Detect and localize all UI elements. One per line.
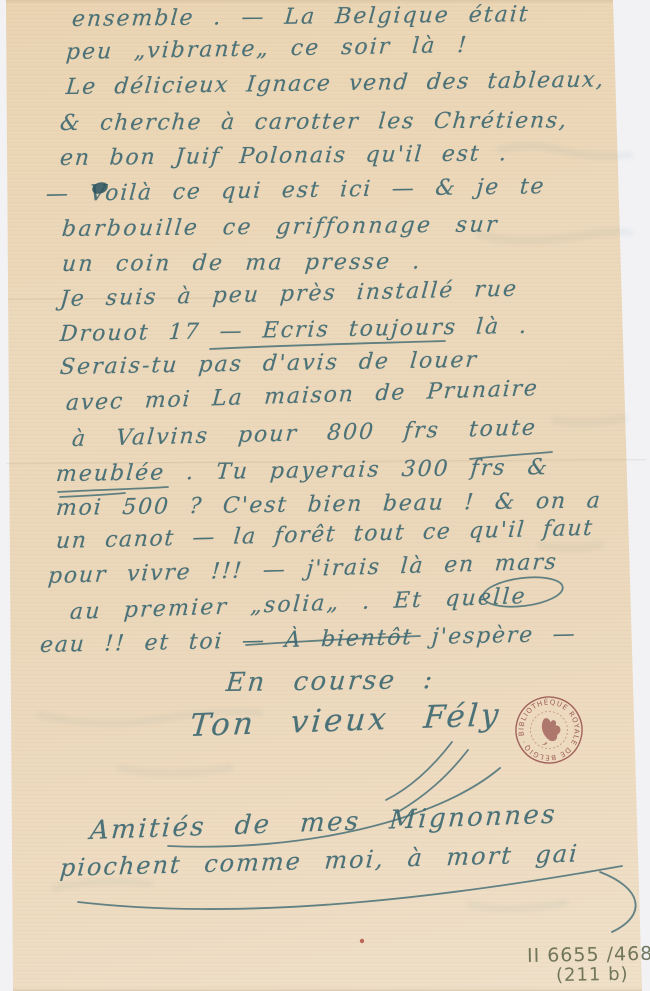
letter-line-1: ensemble . — La Belgique était	[71, 3, 530, 31]
closing-line: En course :	[225, 667, 436, 697]
letter-line-8: un coin de ma presse .	[61, 250, 423, 276]
folio-number: (211 b)	[556, 964, 629, 986]
letter-line-7: barbouille ce griffonnage sur	[61, 213, 500, 241]
shelfmark: II 6655 /468	[527, 943, 650, 967]
letter-line-4: & cherche à carotter les Chrétiens,	[59, 109, 569, 135]
stamp-lion-emblem	[532, 714, 564, 747]
library-stamp: · BIBLIOTHÈQUE ROYALE DE BELGIQUE ·	[512, 693, 586, 767]
letter-line-5: en bon Juif Polonais qu'il est .	[59, 142, 509, 170]
scanned-letter-page: ensemble . — La Belgique était peu „vibr…	[0, 0, 650, 991]
